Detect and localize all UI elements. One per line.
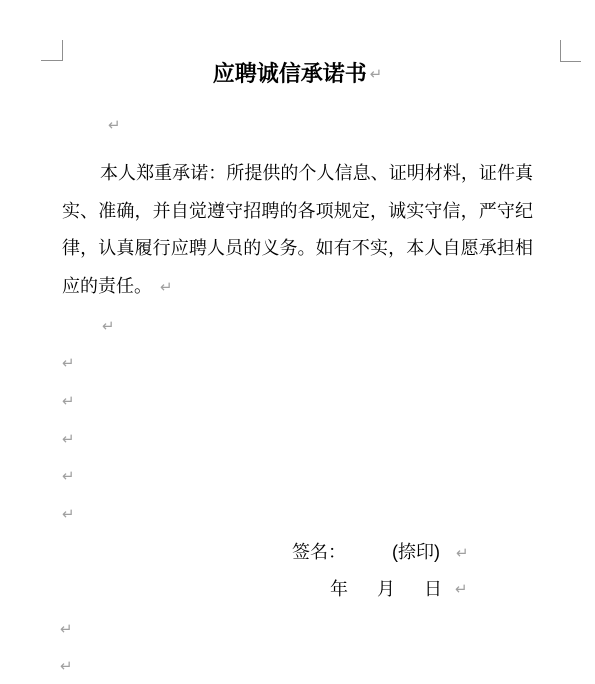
paragraph-mark-icon: ↵	[456, 544, 469, 562]
empty-paragraph[interactable]: ↵	[0, 458, 595, 496]
paragraph-mark-icon: ↵	[62, 354, 75, 372]
date-month-label: 月	[377, 571, 395, 607]
document-title[interactable]: 应聘诚信承诺书↵	[0, 58, 595, 90]
body-line[interactable]: 本人郑重承诺：所提供的个人信息、证明材料，证件真	[62, 155, 533, 193]
paragraph-mark-icon: ↵	[60, 620, 73, 638]
body-line[interactable]: 律，认真履行应聘人员的义务。如有不实，本人自愿承担相	[62, 230, 533, 268]
date-day-label: 日	[424, 571, 442, 607]
paragraph-mark-icon: ↵	[62, 467, 75, 485]
body-paragraph[interactable]: 本人郑重承诺：所提供的个人信息、证明材料，证件真 实、准确，并自觉遵守招聘的各项…	[62, 155, 533, 306]
date-line[interactable]: 年 月 日 ↵	[0, 571, 595, 607]
paragraph-mark-icon: ↵	[455, 571, 468, 607]
title-text: 应聘诚信承诺书	[213, 61, 367, 86]
paragraph-mark-icon: ↵	[102, 317, 115, 335]
body-line[interactable]: 应的责任。↵	[62, 268, 533, 307]
paragraph-mark-icon: ↵	[62, 430, 75, 448]
empty-paragraph[interactable]: ↵	[0, 496, 595, 534]
paragraph-mark-icon: ↵	[108, 116, 121, 134]
empty-paragraph[interactable]: ↵	[0, 611, 595, 648]
signature-label: 签名：	[292, 542, 346, 562]
body-line-text: 应的责任。	[62, 276, 152, 296]
empty-paragraph[interactable]: ↵	[0, 383, 595, 421]
date-year-label: 年	[330, 571, 348, 607]
paragraph-mark-icon: ↵	[160, 278, 173, 296]
margin-crop-mark-top-right-icon	[560, 40, 581, 62]
empty-paragraph[interactable]: ↵	[0, 107, 595, 144]
document-page[interactable]: 应聘诚信承诺书↵ ↵ 本人郑重承诺：所提供的个人信息、证明材料，证件真 实、准确…	[0, 0, 595, 684]
document-body: 应聘诚信承诺书↵ ↵ 本人郑重承诺：所提供的个人信息、证明材料，证件真 实、准确…	[0, 0, 595, 684]
margin-crop-mark-top-left-icon	[41, 40, 63, 61]
empty-paragraph[interactable]: ↵	[0, 345, 595, 383]
body-line[interactable]: 实、准确，并自觉遵守招聘的各项规定，诚实守信，严守纪	[62, 193, 533, 231]
empty-paragraph[interactable]: ↵	[0, 648, 595, 684]
paragraph-mark-icon: ↵	[60, 657, 73, 675]
paragraph-mark-icon: ↵	[62, 505, 75, 523]
signature-line[interactable]: 签名：(捺印)↵	[0, 534, 595, 571]
empty-paragraph[interactable]: ↵	[0, 421, 595, 459]
paragraph-mark-icon: ↵	[62, 392, 75, 410]
paragraph-mark-icon: ↵	[370, 65, 383, 83]
fingerprint-stamp-note: (捺印)	[392, 542, 440, 562]
empty-paragraph[interactable]: ↵	[0, 308, 595, 345]
